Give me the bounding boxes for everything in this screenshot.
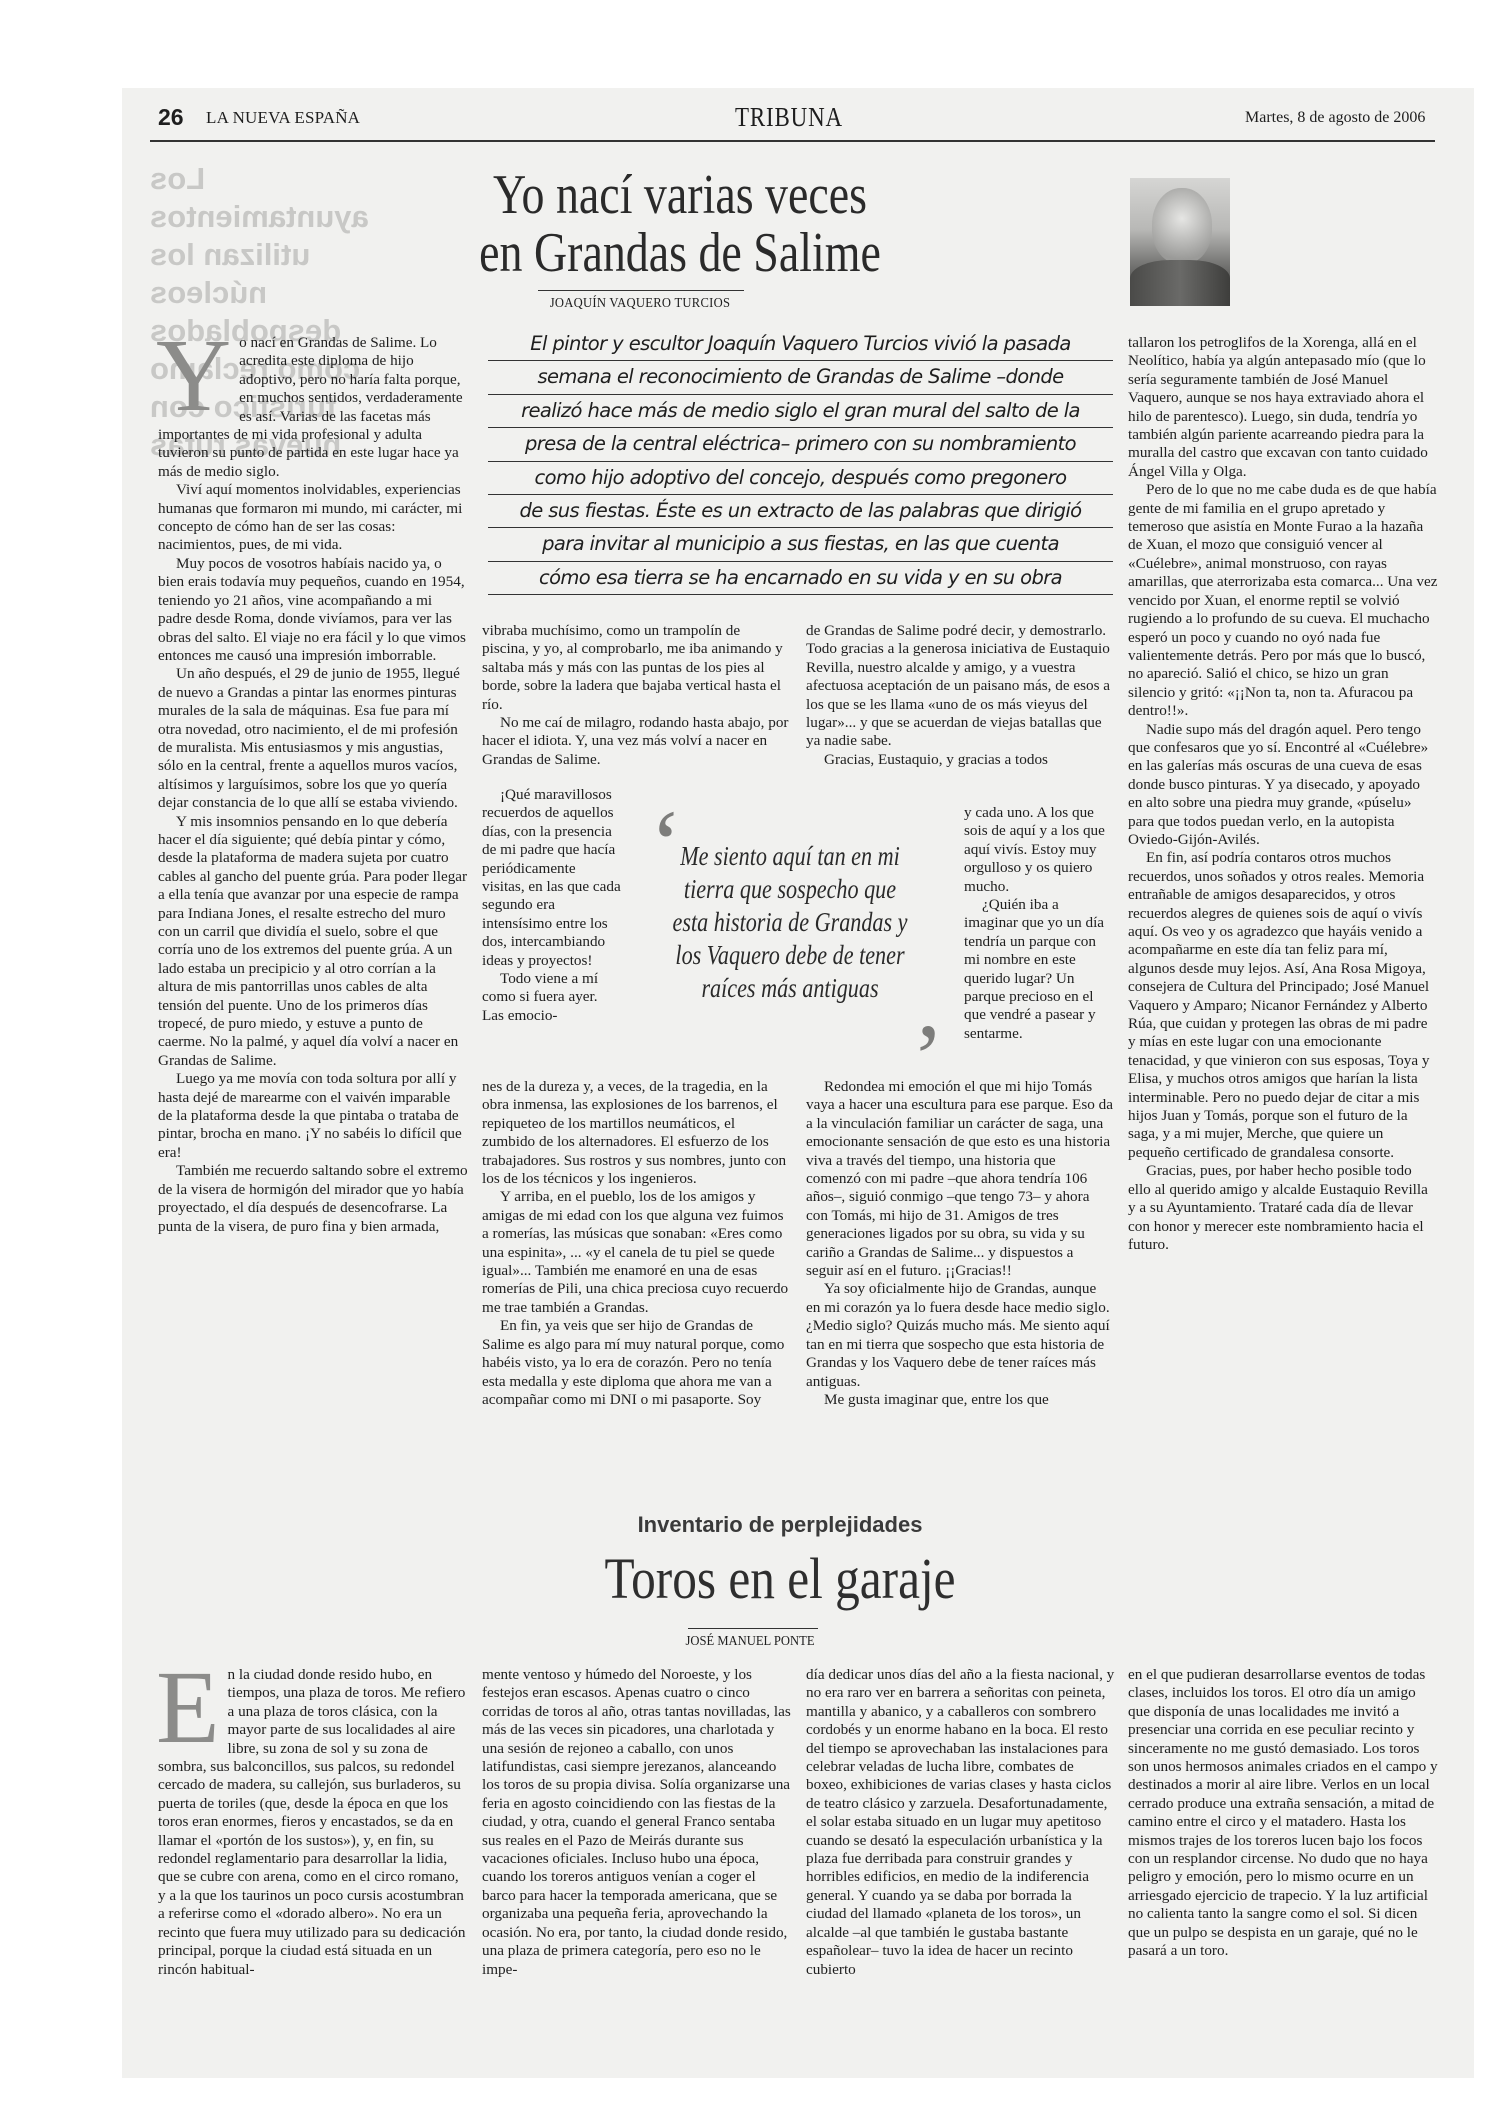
paragraph: Redondea mi emoción el que mi hijo Tomás… [806,1078,1114,1280]
article-title: Yo nací varias veces en Grandas de Salim… [434,166,926,282]
paragraph: Ya soy oficialmente hijo de Grandas, aun… [806,1280,1114,1390]
paragraph: Muy pocos de vosotros habíais nacido ya,… [158,555,468,665]
byline-rule [688,1628,818,1629]
portrait-face [1152,188,1212,264]
paragraph: tallaron los petroglifos de la Xorenga, … [1128,334,1438,481]
paragraph: de Grandas de Salime podré decir, y demo… [806,622,1114,751]
paragraph: mente ventoso y húmedo del Noroeste, y l… [482,1666,792,1979]
paragraph: ¿Quién iba a imaginar que yo un día tend… [964,896,1114,1043]
paragraph: Todo viene a mí como si fuera ayer. Las … [482,970,622,1025]
deck-line: cómo esa tierra se ha encarnado en su vi… [488,562,1113,595]
newspaper-name: LA NUEVA ESPAÑA [206,108,360,128]
paragraph: Me gusta imaginar que, entre los que [806,1391,1114,1409]
title-line-1: Yo nací varias veces [434,166,926,224]
deck-line: como hijo adoptivo del concejo, después … [488,462,1113,495]
deck-line: El pintor y escultor Joaquín Vaquero Tur… [488,328,1113,361]
article2-column-3: día dedicar unos días del año a la fiest… [806,1666,1116,1979]
issue-date: Martes, 8 de agosto de 2006 [1245,109,1425,127]
paragraph: Y arriba, en el pueblo, los de los amigo… [482,1188,790,1317]
deck-line: de sus fiestas. Éste es un extracto de l… [488,495,1113,528]
paragraph: También me recuerdo saltando sobre el ex… [158,1162,468,1236]
paragraph: En fin, así podría contaros otros muchos… [1128,849,1438,1162]
paragraph: ¡Qué maravillosos recuerdos de aquellos … [482,786,622,970]
drop-cap: E [156,1670,220,1746]
byline-rule [538,290,744,291]
article1-column-3-narrow: y cada uno. A los que sois de aquí y a l… [964,804,1114,1043]
pull-quote: Me siento aquí tan en mi tierra que sosp… [667,840,913,1005]
paragraph: nes de la dureza y, a veces, de la trage… [482,1078,790,1188]
article1-column-3-bottom: Redondea mi emoción el que mi hijo Tomás… [806,1078,1114,1409]
article1-column-2-narrow: ¡Qué maravillosos recuerdos de aquellos … [482,786,622,1025]
section-title: TRIBUNA [735,102,843,133]
article-deck: El pintor y escultor Joaquín Vaquero Tur… [488,328,1113,595]
deck-line: para invitar al municipio a sus fiestas,… [488,528,1113,561]
paragraph: En la ciudad donde resido hubo, en tiemp… [158,1666,468,1979]
portrait-jacket [1130,260,1230,306]
article1-column-2-bottom: nes de la dureza y, a veces, de la trage… [482,1078,790,1409]
article2-column-2: mente ventoso y húmedo del Noroeste, y l… [482,1666,792,1979]
article1-column-2-top: vibraba muchísimo, como un trampolín de … [482,622,790,769]
paragraph: Y mis insomnios pensando en lo que deber… [158,813,468,1071]
paragraph: Luego ya me movía con toda soltura por a… [158,1070,468,1162]
author-photo [1130,178,1230,306]
paragraph: No me caí de milagro, rodando hasta abaj… [482,714,790,769]
paragraph: Nadie supo más del dragón aquel. Pero te… [1128,721,1438,850]
header-rule [150,140,1435,142]
paragraph: En fin, ya veis que ser hijo de Grandas … [482,1317,790,1409]
article1-column-3-top: de Grandas de Salime podré decir, y demo… [806,622,1114,769]
paragraph: Yo nací en Grandas de Salime. Lo acredit… [158,334,468,481]
page-number: 26 [158,104,184,131]
paragraph: en el que pudieran desarrollarse eventos… [1128,1666,1438,1961]
paragraph: Viví aquí momentos inolvidables, experie… [158,481,468,555]
deck-line: semana el reconocimiento de Grandas de S… [488,361,1113,394]
paragraph: Un año después, el 29 de junio de 1955, … [158,665,468,812]
article1-column-1: Yo nací en Grandas de Salime. Lo acredit… [158,334,468,1236]
paragraph: Gracias, pues, por haber hecho posible t… [1128,1162,1438,1254]
paragraph: día dedicar unos días del año a la fiest… [806,1666,1116,1979]
column-kicker: Inventario de perplejidades [480,1512,1080,1538]
article2-title: Toros en el garaje [440,1548,1120,1610]
deck-line: presa de la central eléctrica– primero c… [488,428,1113,461]
paragraph: y cada uno. A los que sois de aquí y a l… [964,804,1114,896]
paragraph: Pero de lo que no me cabe duda es de que… [1128,481,1438,720]
paragraph: vibraba muchísimo, como un trampolín de … [482,622,790,714]
article2-byline: JOSÉ MANUEL PONTE [615,1634,885,1650]
article2-column-1: En la ciudad donde resido hubo, en tiemp… [158,1666,468,1979]
article1-column-4: tallaron los petroglifos de la Xorenga, … [1128,334,1438,1254]
paragraph: Gracias, Eustaquio, y gracias a todos [806,751,1114,769]
drop-cap: Y [156,338,231,414]
deck-line: realizó hace más de medio siglo el gran … [488,395,1113,428]
title-line-2: en Grandas de Salime [434,224,926,282]
article-byline: JOAQUÍN VAQUERO TURCIOS [460,296,820,312]
article2-column-4: en el que pudieran desarrollarse eventos… [1128,1666,1438,1961]
